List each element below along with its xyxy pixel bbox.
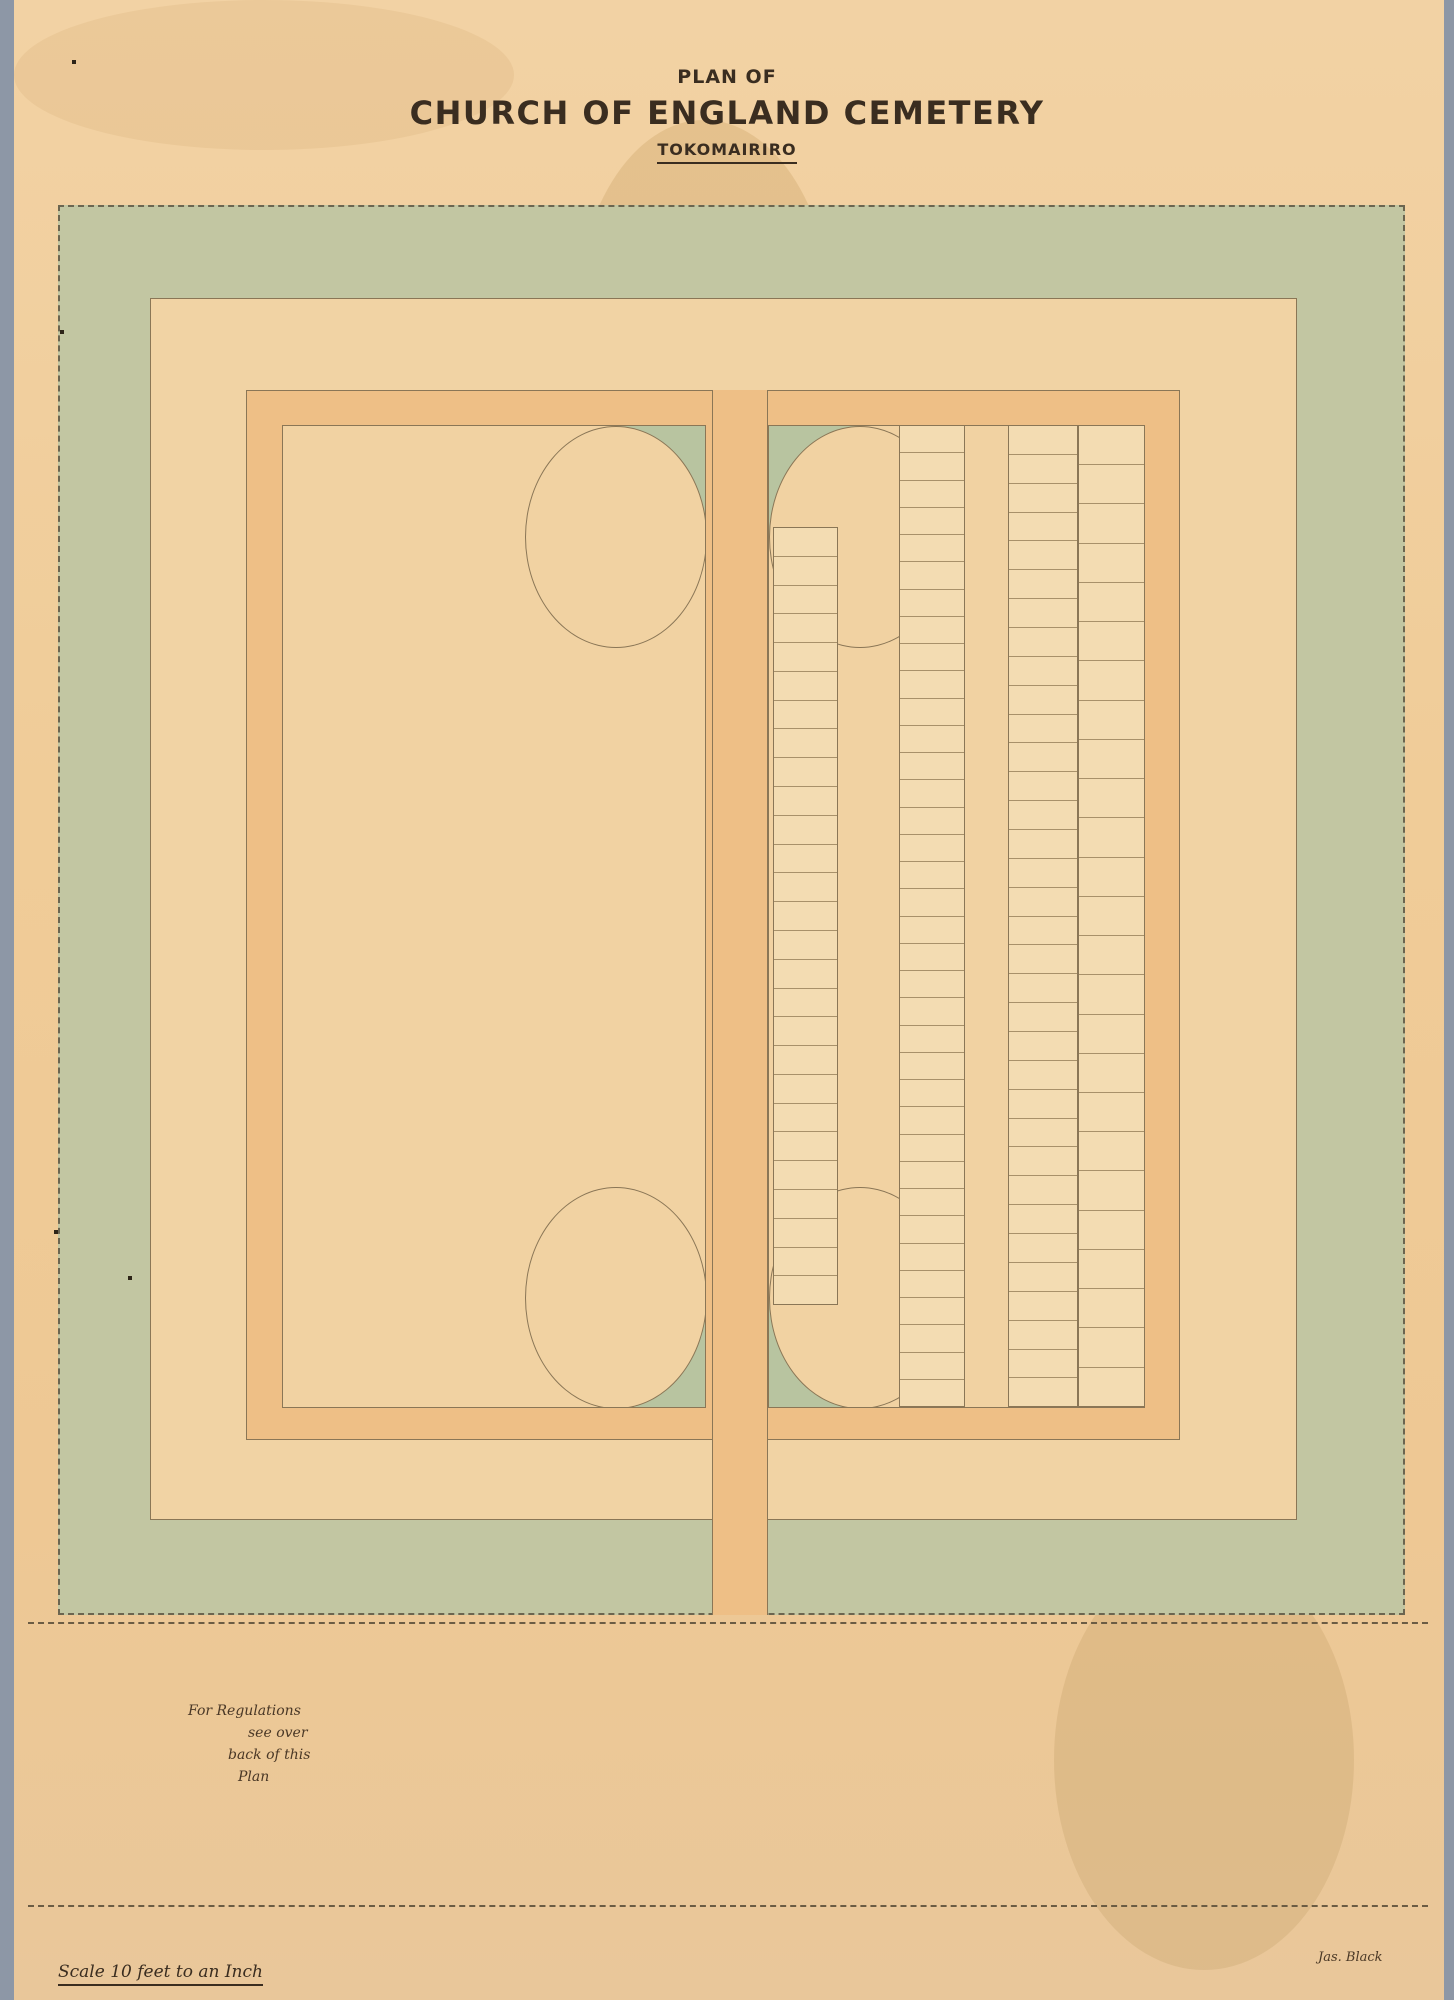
burial-plot xyxy=(1009,743,1077,772)
burial-plot xyxy=(900,1353,964,1380)
burial-plot xyxy=(1079,897,1144,936)
burial-plot xyxy=(1079,504,1144,543)
burial-plot xyxy=(774,1161,837,1190)
note-line: Plan xyxy=(188,1766,388,1788)
burial-plot xyxy=(1079,818,1144,857)
burial-plot xyxy=(1079,740,1144,779)
burial-plot xyxy=(1079,936,1144,975)
burial-plot xyxy=(1009,1147,1077,1176)
burial-plot xyxy=(1009,1176,1077,1205)
burial-plot xyxy=(1009,1292,1077,1321)
plot-column-2 xyxy=(899,425,965,1407)
burial-plot xyxy=(900,1325,964,1352)
burial-plot xyxy=(1079,465,1144,504)
title-plan-of: PLAN OF xyxy=(0,66,1454,88)
burial-plot xyxy=(1009,1263,1077,1292)
burial-plot xyxy=(1079,661,1144,700)
green-corner-top-right xyxy=(615,426,705,536)
burial-plot xyxy=(1009,1119,1077,1148)
burial-plot xyxy=(1009,1350,1077,1379)
burial-plot xyxy=(1009,1378,1077,1406)
burial-plot xyxy=(900,1135,964,1162)
burial-plot xyxy=(900,562,964,589)
burial-plot xyxy=(774,672,837,701)
burial-plot xyxy=(1079,1368,1144,1406)
burial-plot xyxy=(900,944,964,971)
burial-plot xyxy=(900,699,964,726)
burial-plot xyxy=(1009,888,1077,917)
burial-plot xyxy=(1009,1032,1077,1061)
burial-plot xyxy=(1009,945,1077,974)
burial-plot xyxy=(900,1271,964,1298)
burial-plot xyxy=(1009,1205,1077,1234)
surveyor-signature: Jas. Black xyxy=(1318,1950,1383,1965)
burial-plot xyxy=(1009,1003,1077,1032)
title-location: TOKOMAIRIRO xyxy=(657,140,796,164)
burial-plot xyxy=(900,835,964,862)
burial-plot xyxy=(900,590,964,617)
burial-plot xyxy=(1009,1321,1077,1350)
plot-column-1 xyxy=(773,527,838,1305)
burial-plot xyxy=(1009,917,1077,946)
burial-plot xyxy=(900,971,964,998)
burial-plot xyxy=(900,535,964,562)
burial-plot xyxy=(774,1190,837,1219)
burial-plot xyxy=(774,787,837,816)
burial-plot xyxy=(1079,701,1144,740)
regulations-note: For Regulations see over back of this Pl… xyxy=(188,1700,388,1788)
burial-plot xyxy=(1079,1015,1144,1054)
burial-plot xyxy=(774,845,837,874)
burial-plot xyxy=(1079,583,1144,622)
burial-plot xyxy=(900,1080,964,1107)
burial-plot xyxy=(900,1053,964,1080)
burial-plot xyxy=(1009,657,1077,686)
burial-plot xyxy=(774,1248,837,1277)
burial-plot xyxy=(900,644,964,671)
burial-plot xyxy=(1079,1054,1144,1093)
burial-plot xyxy=(1009,801,1077,830)
scale-note: Scale 10 feet to an Inch xyxy=(58,1962,263,1986)
burial-plot xyxy=(774,586,837,615)
burial-plot xyxy=(1079,975,1144,1014)
burial-plot xyxy=(900,426,964,453)
burial-plot xyxy=(774,931,837,960)
burial-plot xyxy=(900,481,964,508)
burial-plot xyxy=(774,528,837,557)
burial-plot xyxy=(900,508,964,535)
burial-plot xyxy=(1079,544,1144,583)
burial-plot xyxy=(774,1075,837,1104)
plot-column-3b xyxy=(1078,425,1145,1407)
map-title: PLAN OF CHURCH OF ENGLAND CEMETERY TOKOM… xyxy=(0,66,1454,164)
burial-plot xyxy=(774,1046,837,1075)
burial-plot xyxy=(1009,830,1077,859)
burial-plot xyxy=(900,1107,964,1134)
burial-plot xyxy=(900,753,964,780)
burial-plot xyxy=(774,1276,837,1304)
burial-plot xyxy=(774,873,837,902)
burial-plot xyxy=(1079,1093,1144,1132)
burial-plot xyxy=(1009,772,1077,801)
note-line: back of this xyxy=(188,1744,388,1766)
burial-plot xyxy=(1079,1211,1144,1250)
burial-plot xyxy=(1009,715,1077,744)
burial-plot xyxy=(900,1216,964,1243)
burial-plot xyxy=(1009,974,1077,1003)
burial-plot xyxy=(1079,858,1144,897)
burial-plot xyxy=(900,1380,964,1406)
burial-plot xyxy=(900,1298,964,1325)
burial-plot xyxy=(1009,455,1077,484)
burial-plot xyxy=(774,1017,837,1046)
burial-plot xyxy=(1009,541,1077,570)
burial-plot xyxy=(774,902,837,931)
burial-plot xyxy=(1009,1061,1077,1090)
green-corner-bottom-right xyxy=(615,1297,705,1407)
burial-plot xyxy=(774,1219,837,1248)
burial-plot xyxy=(774,816,837,845)
burial-plot xyxy=(774,989,837,1018)
burial-plot xyxy=(900,1189,964,1216)
burial-plot xyxy=(900,917,964,944)
burial-plot xyxy=(1079,1289,1144,1328)
burial-plot xyxy=(900,617,964,644)
green-corner-bottom-left xyxy=(769,1297,859,1407)
burial-plot xyxy=(900,1026,964,1053)
burial-plot xyxy=(1009,570,1077,599)
pin-hole xyxy=(128,1276,132,1280)
burial-plot xyxy=(1079,1328,1144,1367)
burial-plot xyxy=(1009,426,1077,455)
burial-plot xyxy=(1079,622,1144,661)
pin-hole xyxy=(60,330,64,334)
note-line: see over xyxy=(188,1722,388,1744)
burial-plot xyxy=(774,1104,837,1133)
burial-plot xyxy=(900,453,964,480)
margin-line xyxy=(28,1905,1428,1907)
burial-plot xyxy=(774,1132,837,1161)
burial-plot xyxy=(1079,426,1144,465)
burial-plot xyxy=(900,1162,964,1189)
plot-column-3a xyxy=(1008,425,1078,1407)
burial-plot xyxy=(1009,1234,1077,1263)
burial-plot xyxy=(774,643,837,672)
title-main: CHURCH OF ENGLAND CEMETERY xyxy=(0,94,1454,132)
pin-hole xyxy=(72,60,76,64)
burial-plot xyxy=(1009,859,1077,888)
burial-plot xyxy=(900,671,964,698)
burial-plot xyxy=(900,862,964,889)
burial-plot xyxy=(1009,1090,1077,1119)
burial-plot xyxy=(1009,513,1077,542)
central-path xyxy=(712,390,768,1615)
left-block xyxy=(282,425,706,1408)
burial-plot xyxy=(1079,779,1144,818)
note-line: For Regulations xyxy=(188,1700,388,1722)
green-corner-top-left xyxy=(769,426,859,536)
burial-plot xyxy=(774,557,837,586)
burial-plot xyxy=(1079,1132,1144,1171)
burial-plot xyxy=(900,889,964,916)
burial-plot xyxy=(774,758,837,787)
burial-plot xyxy=(774,614,837,643)
burial-plot xyxy=(774,960,837,989)
burial-plot xyxy=(900,998,964,1025)
boundary-line-lower xyxy=(28,1622,1428,1624)
burial-plot xyxy=(774,701,837,730)
burial-plot xyxy=(900,726,964,753)
burial-plot xyxy=(774,729,837,758)
burial-plot xyxy=(1009,484,1077,513)
burial-plot xyxy=(900,780,964,807)
burial-plot xyxy=(1079,1250,1144,1289)
burial-plot xyxy=(1009,686,1077,715)
burial-plot xyxy=(1009,599,1077,628)
burial-plot xyxy=(1079,1171,1144,1210)
burial-plot xyxy=(1009,628,1077,657)
pin-hole xyxy=(54,1230,58,1234)
burial-plot xyxy=(900,808,964,835)
burial-plot xyxy=(900,1244,964,1271)
